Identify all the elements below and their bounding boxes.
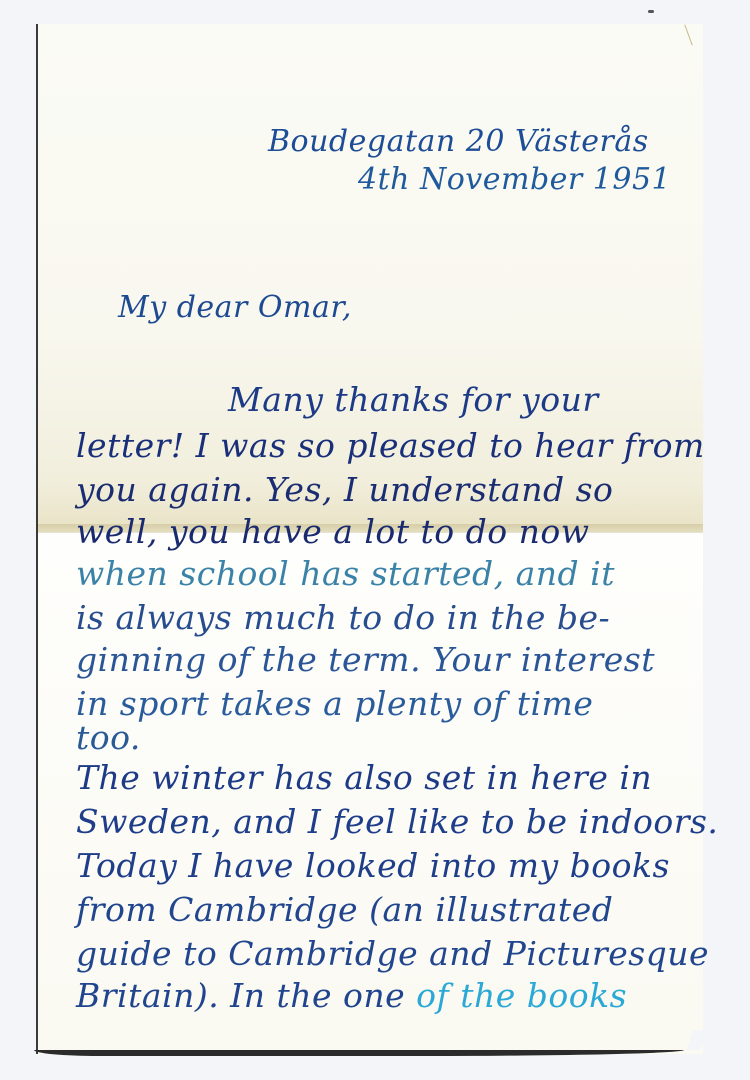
body-line-11: Sweden, and I feel like to be indoors. bbox=[76, 802, 718, 841]
body-line-7: ginning of the term. Your interest bbox=[76, 640, 655, 679]
body-line-2: letter! I was so pleased to hear from bbox=[76, 426, 705, 465]
body-line-10: The winter has also set in here in bbox=[76, 758, 652, 797]
body-line-13: from Cambridge (an illustrated bbox=[76, 890, 613, 929]
body-line-4: well, you have a lot to do now bbox=[76, 512, 590, 551]
body-line-15-start: Britain). In the one bbox=[76, 976, 405, 1015]
body-line-15-end: of the books bbox=[416, 976, 627, 1015]
body-line-3: you again. Yes, I understand so bbox=[76, 470, 613, 509]
paper-speck bbox=[648, 10, 654, 13]
body-line-8: in sport takes a plenty of time bbox=[76, 684, 593, 723]
body-line-14: guide to Cambridge and Picturesque bbox=[76, 934, 709, 973]
address-line: Boudegatan 20 Västerås bbox=[268, 124, 649, 159]
body-line-6: is always much to do in the be- bbox=[76, 598, 610, 637]
body-line-5: when school has started, and it bbox=[76, 554, 615, 593]
body-line-1: Many thanks for your bbox=[228, 380, 599, 419]
date-line: 4th November 1951 bbox=[358, 162, 671, 197]
paper-bottom-edge bbox=[34, 1050, 684, 1056]
scanned-letter-page: Boudegatan 20 Västerås 4th November 1951… bbox=[0, 0, 750, 1080]
body-line-9: too. bbox=[76, 718, 141, 757]
body-line-15: Britain). In the one of the books bbox=[76, 976, 627, 1015]
body-line-12: Today I have looked into my books bbox=[76, 846, 670, 885]
greeting: My dear Omar, bbox=[118, 290, 352, 325]
